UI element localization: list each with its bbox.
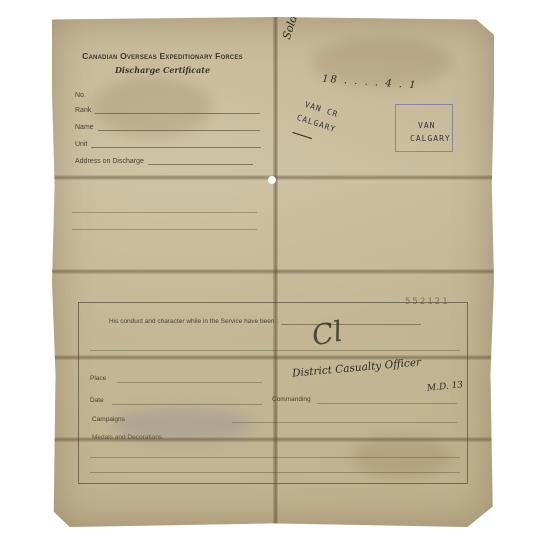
blank-line xyxy=(232,422,457,423)
date-label: Date xyxy=(90,397,104,404)
signature: Cl xyxy=(309,315,345,353)
field-number: No. xyxy=(75,90,90,99)
blank-line xyxy=(90,472,460,473)
field-line xyxy=(98,122,260,131)
horizontal-fold xyxy=(52,269,494,274)
blank-line xyxy=(112,404,262,405)
blank-line xyxy=(90,350,460,351)
field-line xyxy=(95,105,260,114)
blank-line xyxy=(317,403,457,404)
field-address: Address on Discharge xyxy=(75,156,253,165)
stamp-right-line1: VAN xyxy=(418,121,435,130)
field-label: Unit xyxy=(75,141,87,148)
conduct-label: His conduct and character while in the S… xyxy=(109,318,278,325)
field-label: No. xyxy=(75,92,86,99)
field-label: Address on Discharge xyxy=(75,158,144,165)
stamp-right-line2: CALGARY xyxy=(410,134,451,143)
commanding-label: Commanding xyxy=(272,396,311,403)
medals-label: Medals and Decorations xyxy=(92,434,162,441)
blank-line xyxy=(72,229,257,230)
certificate-subtitle: Discharge Certificate xyxy=(52,65,273,75)
field-line xyxy=(148,156,253,165)
blank-line xyxy=(72,212,257,213)
handwritten-note: Soldier xyxy=(280,0,305,41)
crossed-out-text xyxy=(291,128,313,143)
field-name: Name xyxy=(75,122,260,131)
field-unit: Unit xyxy=(75,139,261,148)
certificate-title: Canadian Overseas Expeditionary Forces xyxy=(52,51,273,61)
blank-line xyxy=(90,457,460,458)
field-label: Rank xyxy=(75,107,91,114)
conduct-statement: His conduct and character while in the S… xyxy=(109,317,421,325)
discharge-certificate: Canadian Overseas Expeditionary Forces D… xyxy=(52,17,494,527)
campaigns-label: Campaigns xyxy=(92,416,125,423)
punched-hole xyxy=(268,176,276,184)
blank-line xyxy=(117,382,262,383)
field-line xyxy=(91,139,261,148)
place-label: Place xyxy=(90,375,106,382)
conduct-line xyxy=(281,317,421,325)
field-rank: Rank xyxy=(75,105,260,114)
field-label: Name xyxy=(75,124,94,131)
